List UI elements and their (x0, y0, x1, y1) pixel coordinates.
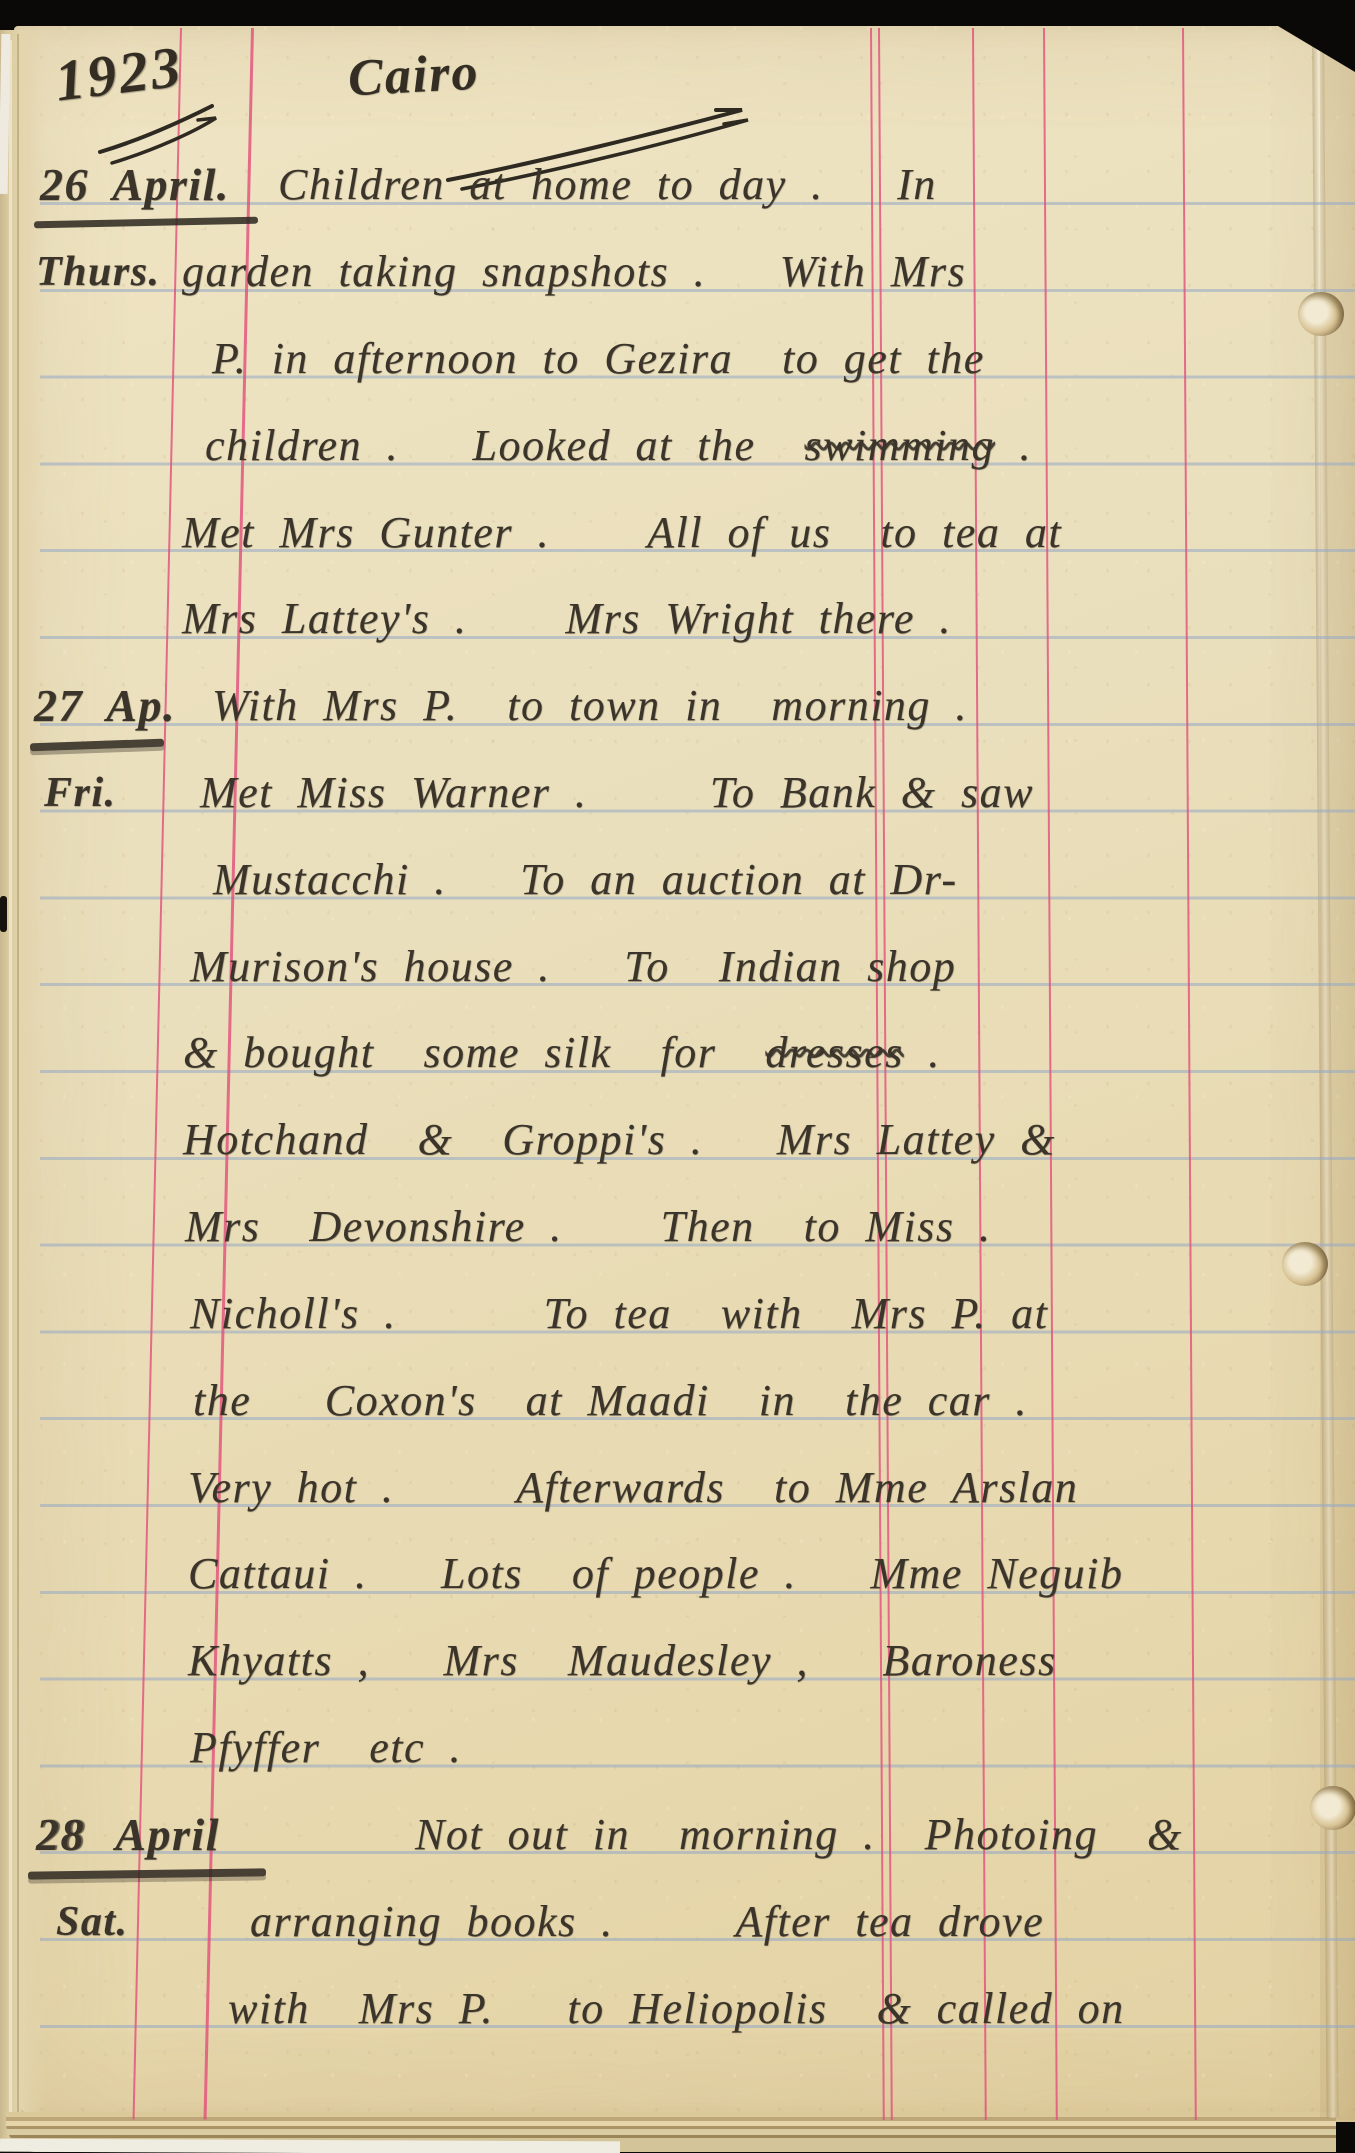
diary-line: Murison's house . To Indian shop (0, 937, 1355, 997)
diary-line: Mrs Lattey's . Mrs Wright there . (0, 589, 1355, 649)
entry-date-day-number: 28 (36, 1805, 85, 1865)
entry-text: Mrs Devonshire . Then to Miss . (185, 1197, 991, 1257)
diary-line: P. in afternoon to Gezira to get the (0, 329, 1355, 389)
diary-line: Fri. Met Miss Warner . To Bank & saw (0, 763, 1355, 823)
diary-line: Cattaui . Lots of people . Mme Neguib (0, 1544, 1355, 1604)
page-title: Cairo (347, 43, 481, 109)
entry-date: 27 Ap. (34, 676, 176, 736)
entry-text: Nicholl's . To tea with Mrs P. at (190, 1284, 1048, 1344)
year-flourish-stroke-1 (100, 106, 212, 152)
entry-text: Very hot . Afterwards to Mme Arslan (188, 1458, 1078, 1518)
entry-text: Khyatts , Mrs Maudesley , Baroness (188, 1631, 1057, 1691)
diary-line: the Coxon's at Maadi in the car . (0, 1371, 1355, 1431)
year-heading: 1923 (51, 32, 186, 114)
date-underline-28-april (28, 1868, 266, 1879)
scanner-background: 1923 Cairo 26 April. Children at home to… (0, 0, 1355, 2153)
entry-text: the Coxon's at Maadi in the car . (193, 1371, 1028, 1431)
date-underline-26-april (34, 217, 258, 229)
entry-text: Children at home to day . In (278, 155, 937, 215)
entry-day: Fri. (44, 763, 117, 823)
diary-line: Mustacchi . To an auction at Dr- (0, 850, 1355, 910)
diary-line: Mrs Devonshire . Then to Miss . (0, 1197, 1355, 1257)
entry-text: Met Miss Warner . To Bank & saw (200, 763, 1034, 823)
entry-date-month: April (92, 1805, 220, 1865)
diary-line: Pfyffer etc . (0, 1718, 1355, 1778)
diary-line: 28 April Not out in morning . Photoing & (0, 1805, 1355, 1865)
entry-text: Hotchand & Groppi's . Mrs Lattey & (183, 1110, 1056, 1170)
struck-word: dresses (765, 1028, 903, 1077)
diary-line: children . Looked at the swimming . (0, 416, 1355, 476)
struck-word: swimming (805, 421, 995, 470)
entry-text-segment: & bought some silk for (183, 1028, 765, 1077)
entry-text: children . Looked at the swimming . (205, 416, 1032, 476)
handwriting-layer: 1923 Cairo 26 April. Children at home to… (0, 0, 1355, 2153)
diary-line: 26 April. Children at home to day . In (0, 155, 1355, 215)
diary-line: with Mrs P. to Heliopolis & called on (0, 1979, 1355, 2039)
entry-text: Mrs Lattey's . Mrs Wright there . (182, 589, 952, 649)
entry-text: arranging books . After tea drove (250, 1892, 1044, 1952)
diary-line: Hotchand & Groppi's . Mrs Lattey & (0, 1110, 1355, 1170)
entry-day: Thurs. (36, 242, 161, 302)
entry-text: garden taking snapshots . With Mrs (182, 242, 966, 302)
diary-line: 27 Ap. With Mrs P. to town in morning . (0, 676, 1355, 736)
diary-scan: { "page": { "year": "1923", "title": "Ca… (0, 0, 1355, 2153)
diary-line: Thurs. garden taking snapshots . With Mr… (0, 242, 1355, 302)
entry-text: Not out in morning . Photoing & (415, 1805, 1183, 1865)
diary-line: Very hot . Afterwards to Mme Arslan (0, 1458, 1355, 1518)
entry-text-segment: children . Looked at the (205, 421, 805, 470)
entry-text: Pfyffer etc . (190, 1718, 462, 1778)
diary-line: Khyatts , Mrs Maudesley , Baroness (0, 1631, 1355, 1691)
entry-text: with Mrs P. to Heliopolis & called on (228, 1979, 1125, 2039)
entry-text: & bought some silk for dresses . (183, 1023, 941, 1083)
entry-text: Cattaui . Lots of people . Mme Neguib (188, 1544, 1123, 1604)
entry-text-segment: . (904, 1028, 941, 1077)
diary-line: Nicholl's . To tea with Mrs P. at (0, 1284, 1355, 1344)
diary-line: Met Mrs Gunter . All of us to tea at (0, 503, 1355, 563)
entry-date: 26 April. (40, 155, 230, 215)
entry-text: With Mrs P. to town in morning . (212, 676, 968, 736)
entry-text: Met Mrs Gunter . All of us to tea at (182, 503, 1062, 563)
entry-text: Murison's house . To Indian shop (190, 937, 956, 997)
diary-line: Sat. arranging books . After tea drove (0, 1892, 1355, 1952)
date-underline-27-ap (30, 739, 164, 752)
diary-line: & bought some silk for dresses . (0, 1023, 1355, 1083)
entry-text-segment: . (995, 421, 1032, 470)
entry-day: Sat. (56, 1892, 129, 1952)
entry-text: Mustacchi . To an auction at Dr- (213, 850, 958, 910)
entry-text: P. in afternoon to Gezira to get the (212, 329, 985, 389)
